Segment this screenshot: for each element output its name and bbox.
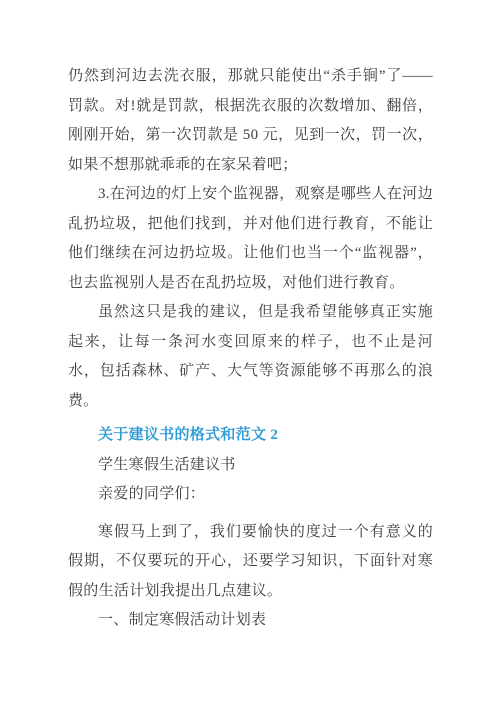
document-content: 仍然到河边去洗衣服，那就只能使出“杀手锏”了——罚款。对!就是罚款，根据洗衣服的… [68,62,433,636]
salutation: 亲爱的同学们： [68,480,433,510]
paragraph-conclusion: 虽然这只是我的建议，但是我希望能够真正实施起来，让每一条河水变回原来的样子，也不… [68,298,433,416]
section-heading: 关于建议书的格式和范文 2 [68,421,433,451]
document-page: 仍然到河边去洗衣服，那就只能使出“杀手锏”了——罚款。对!就是罚款，根据洗衣服的… [0,0,500,708]
paragraph-item-3-monitor: 3.在河边的灯上安个监视器，观察是哪些人在河边乱扔垃圾，把他们找到，并对他们进行… [68,180,433,298]
paragraph-penalty-continuation: 仍然到河边去洗衣服，那就只能使出“杀手锏”了——罚款。对!就是罚款，根据洗衣服的… [68,62,433,180]
subtitle-proposal-title: 学生寒假生活建议书 [68,451,433,481]
paragraph-winter-vacation-intro: 寒假马上到了，我们要愉快的度过一个有意义的假期，不仅要玩的开心，还要学习知识，下… [68,518,433,607]
list-item-plan-table: 一、制定寒假活动计划表 [68,606,433,636]
